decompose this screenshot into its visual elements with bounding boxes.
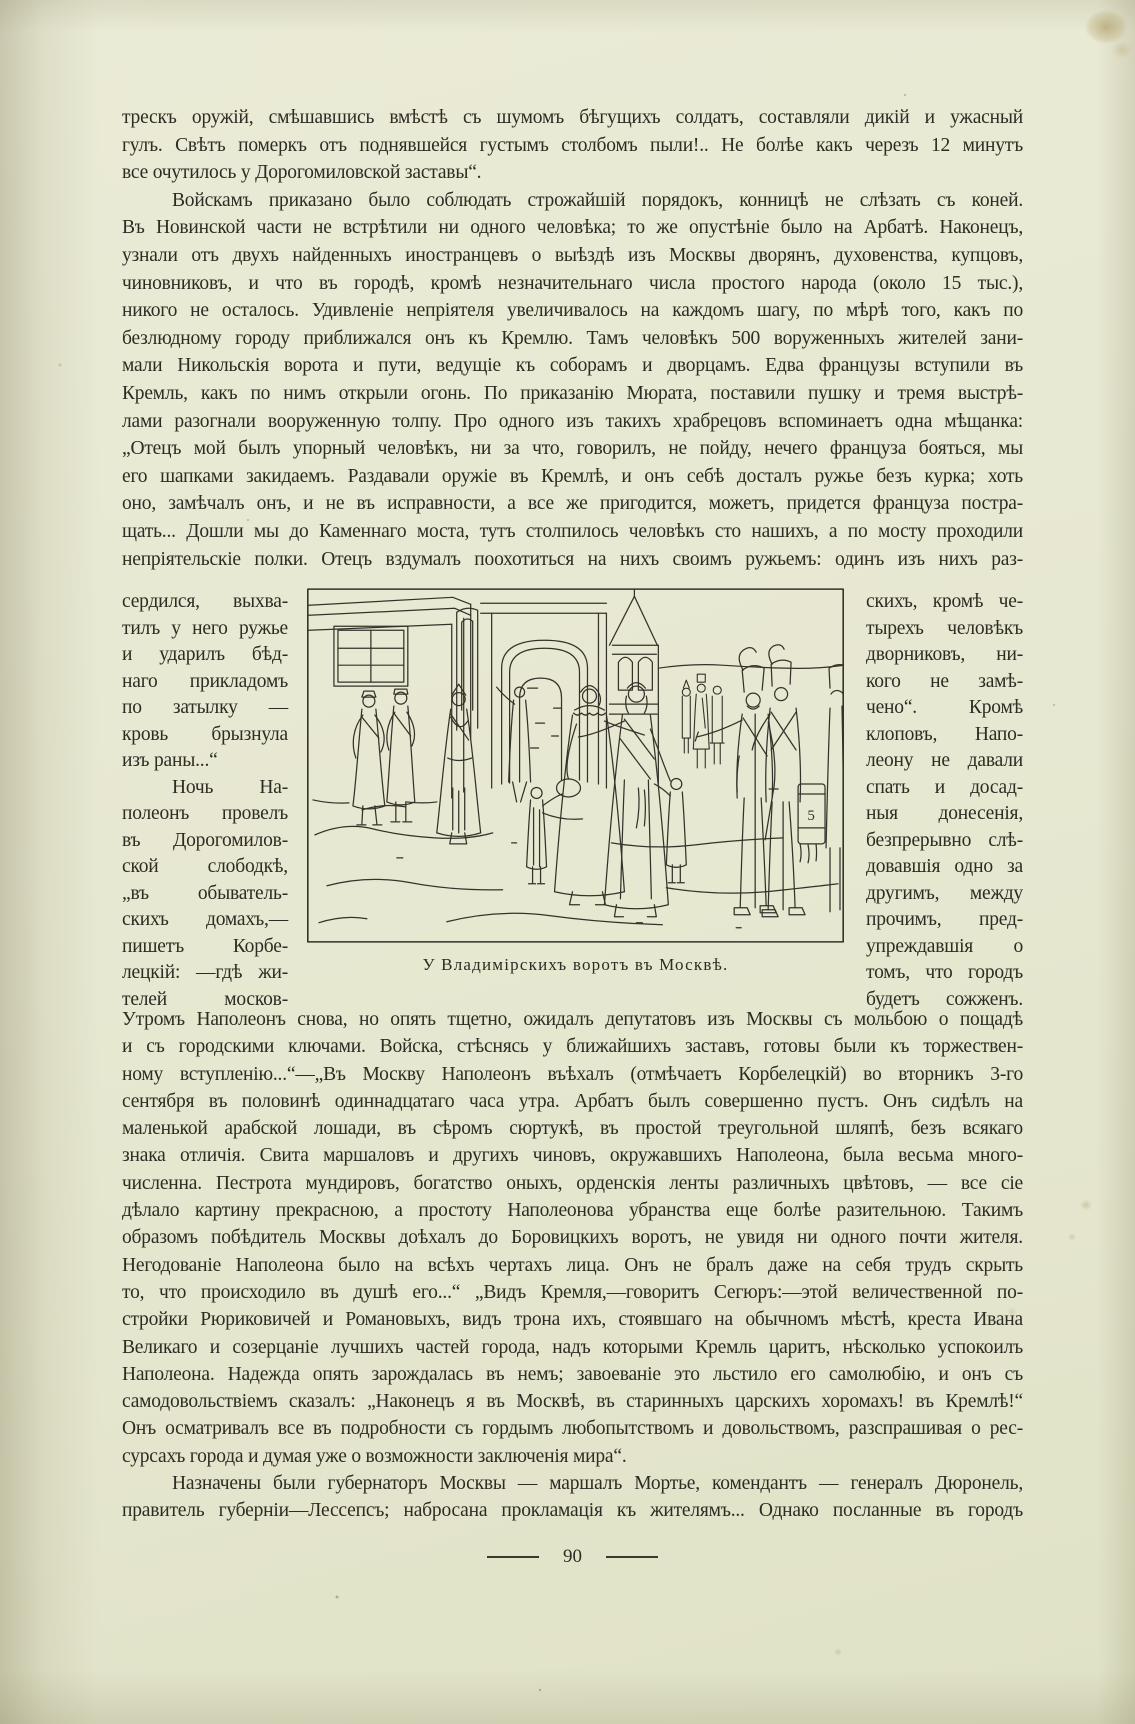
illustration-figure-woman-muff [555,686,645,905]
text-line: чиновниковъ, и что въ городѣ, кромѣ незн… [122,270,1023,298]
text-line: „Отецъ мой былъ упорный человѣкъ, ни за … [122,435,1023,463]
text-line: упреждавшія о [866,934,1023,961]
illustration-archway [481,603,607,788]
text-line: чено“. Кромѣ [866,695,1023,722]
text-line: правитель губерніи—Лессепсъ; набросана п… [122,1497,1023,1524]
text-line: Наполеона. Надежда опять зарождалась въ … [122,1361,1023,1388]
illustration-engraving: 5 [307,588,844,943]
illustration-vladimir-gates: 5 [307,588,844,943]
backpack-number: 5 [807,808,814,824]
illustration-figure-background-trio [682,674,724,768]
footer-rule-right [606,1556,658,1558]
text-line: маленькой арабской лошади, въ сѣромъ сюр… [122,1115,1023,1142]
text-line: образомъ побѣдитель Москвы доѣхалъ до Бо… [122,1224,1023,1251]
illustration-figure-edge-soldier [826,665,844,912]
text-line: все очутилось у Дорогомиловской заставы“… [122,159,1023,187]
text-line: по затылку — [122,695,288,722]
text-line: наго прикладомъ [122,669,288,696]
text-line: и съ городскими ключами. Войска, стѣсняс… [122,1033,1023,1060]
text-line: то, что происходило въ душѣ его...“ „Вид… [122,1279,1023,1306]
text-line: скихъ домахъ,— [122,907,288,934]
illustration-frame [308,589,843,942]
footer-rule-left [487,1556,539,1558]
text-line: Въ Новинской части не встрѣтили ни одног… [122,214,1023,242]
illustration-figure-soldier-pair [353,689,415,825]
text-line: Назначены были губернаторъ Москвы — марш… [122,1470,1023,1497]
text-line: Утромъ Наполеонъ снова, но опять тщетно,… [122,1006,1023,1033]
text-line: Онъ осматривалъ все въ подробности съ го… [122,1415,1023,1442]
text-line: Кремль, какъ по нимъ открыли огонь. По п… [122,380,1023,408]
illustration-figure-child [527,787,563,883]
text-line: пишетъ Корбе- [122,934,288,961]
text-line: знака отличія. Свита маршаловъ и другихъ… [122,1142,1023,1169]
body-text-top: трескъ оружій, смѣшавшись вмѣстѣ съ шумо… [122,104,1023,573]
text-line: стройки Рюриковичей и Романовыхъ, видъ т… [122,1306,1023,1333]
text-line: сердился, выхва- [122,589,288,616]
text-line: прочимъ, пред- [866,907,1023,934]
text-line: тырехъ человѣкъ [866,616,1023,643]
text-line: трескъ оружій, смѣшавшись вмѣстѣ съ шумо… [122,104,1023,132]
text-line: „въ обыватель- [122,881,288,908]
text-line: непріятельскіе полки. Отецъ вздумалъ поо… [122,546,1023,574]
illustration-figure-hooded-man [437,684,481,844]
text-line: кого не замѣ- [866,669,1023,696]
text-line: лами разогнали вооруженную толпу. Про од… [122,408,1023,436]
text-line: дворниковъ, ни- [866,642,1023,669]
text-line: ныя донесенія, [866,801,1023,828]
page-footer: 90 [122,1546,1023,1568]
text-line: томъ, что городъ [866,960,1023,987]
illustration-tower [606,589,658,788]
illustration-figure-woman-main [578,683,670,917]
text-line: гулъ. Свѣтъ померкъ отъ поднявшейся густ… [122,132,1023,160]
body-text-wrap-right: скихъ, кромѣ че-тырехъ человѣкъдворников… [866,589,1023,1013]
text-line: полеонъ провелъ [122,801,288,828]
text-line: численна. Пестрота мундировъ, богатство … [122,1170,1023,1197]
text-line: въ Дорогомилов- [122,828,288,855]
text-line: безлюдному городу приближался онъ къ Кре… [122,325,1023,353]
text-line: самодовольствіемъ сказалъ: „Наконецъ я в… [122,1388,1023,1415]
text-line: Великаго и созерцаніе лучшихъ частей гор… [122,1334,1023,1361]
text-line: дѣлало картину прекрасною, а простоту На… [122,1197,1023,1224]
body-text-bottom: Утромъ Наполеонъ снова, но опять тщетно,… [122,1006,1023,1525]
body-text-wrap-left: сердился, выхва-тилъ у него ружьеи удари… [122,589,288,1013]
text-line: ному вступленію...“—„Въ Москву Наполеонъ… [122,1061,1023,1088]
text-line: мали Никольскія ворота и пути, ведущіе к… [122,352,1023,380]
text-line: скихъ, кромѣ че- [866,589,1023,616]
illustration-building [309,597,471,803]
text-line: его шапками закидаемъ. Раздавали оружіе … [122,463,1023,491]
text-line: спать и досад- [866,775,1023,802]
text-line: и ударилъ бѣд- [122,642,288,669]
text-line: лецкій: —гдѣ жи- [122,960,288,987]
text-line: безпрерывно слѣ- [866,828,1023,855]
text-line: щать... Дошли мы до Каменнаго моста, тут… [122,518,1023,546]
page-number: 90 [563,1546,582,1568]
text-line: тилъ у него ружье [122,616,288,643]
text-line: изъ раны...“ [122,748,288,775]
text-line: Войскамъ приказано было соблюдать строжа… [122,187,1023,215]
text-line: клоповъ, Напо- [866,722,1023,749]
text-line: другимъ, между [866,881,1023,908]
text-line: леону не давали [866,748,1023,775]
text-line: никого не осталось. Удивленіе непріятеля… [122,297,1023,325]
text-line: сентября въ половинѣ одиннадцатаго часа … [122,1088,1023,1115]
text-line: оно, замѣчалъ онъ, и не въ исправности, … [122,490,1023,518]
text-line: довавшія одно за [866,854,1023,881]
text-line: сурсахъ города и думая уже о возможности… [122,1443,1023,1470]
text-line: Ночь На- [122,775,288,802]
text-line: узнали отъ двухъ найденныхъ иностранцевъ… [122,242,1023,270]
text-line: кровь брызнула [122,722,288,749]
book-page-scan: трескъ оружій, смѣшавшись вмѣстѣ съ шумо… [0,0,1135,1724]
text-line: ской слободкѣ, [122,854,288,881]
illustration-caption: У Владимірскихъ воротъ въ Москвѣ. [307,955,844,975]
text-line: Негодованіе Наполеона было на всѣхъ черт… [122,1252,1023,1279]
